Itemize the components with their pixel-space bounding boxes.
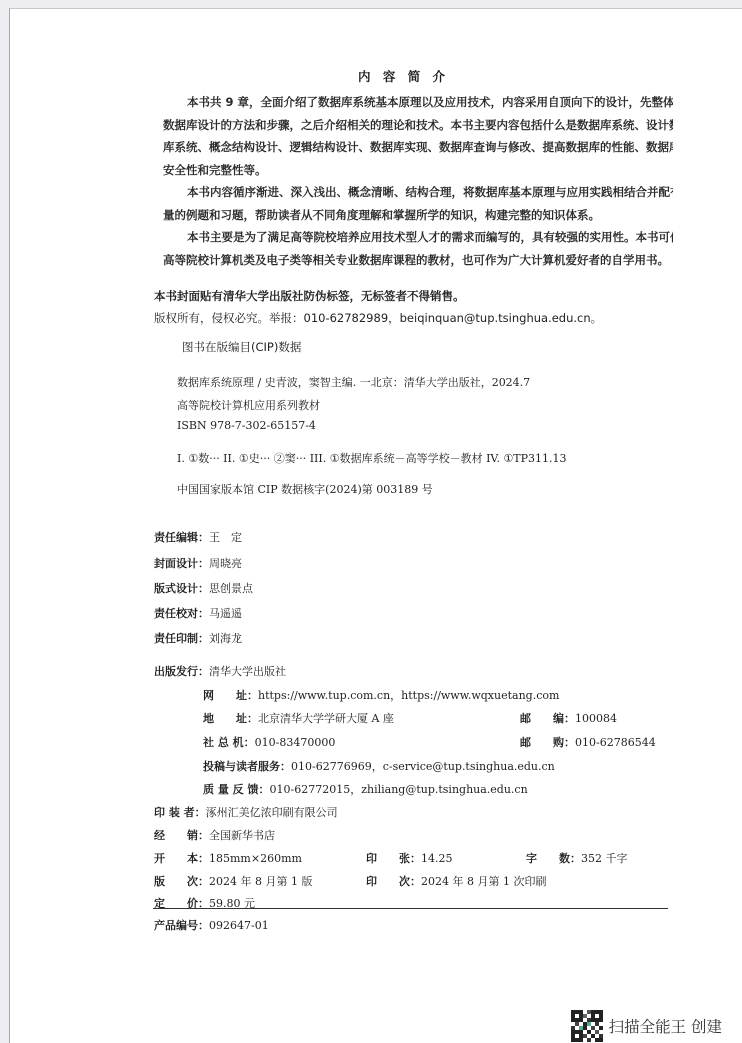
copyright-line: 版权所有，侵权必究。举报：010-62782989，beiqinquan@tup… xyxy=(154,310,602,326)
distributor-row: 经 销：全国新华书店 xyxy=(154,827,275,843)
edition-label: 版 次： xyxy=(154,875,209,888)
format-label: 开 本： xyxy=(154,852,209,865)
summary-paragraph-1: 本书共 9 章，全面介绍了数据库系统基本原理以及应用技术，内容采用自顶向下的设计… xyxy=(163,91,673,181)
mail-order-value: 010-62786544 xyxy=(575,736,656,749)
text-line: 量的例题和习题，帮助读者从不同角度理解和掌握所学的知识，构建完整的知识体系。 xyxy=(163,204,673,227)
printer-value: 涿州汇美亿浓印刷有限公司 xyxy=(206,806,338,819)
staff-row: 版式设计：思创景点 xyxy=(154,580,253,596)
anti-counterfeit-notice: 本书封面贴有清华大学出版社防伪标签，无标签者不得销售。 xyxy=(154,288,465,304)
staff-label: 版式设计： xyxy=(154,582,209,595)
postcode-row: 邮 编：100084 xyxy=(520,710,617,726)
staff-value: 王 定 xyxy=(209,531,242,544)
cip-line: ISBN 978-7-302-65157-4 xyxy=(177,419,316,432)
text-line: 安全性和完整性等。 xyxy=(163,159,673,182)
text-line: 数据库设计的方法和步骤，之后介绍相关的理论和技术。本书主要内容包括什么是数据库系… xyxy=(163,114,673,137)
sheets-row: 印 张：14.25 xyxy=(366,850,453,866)
printer-label: 印 装 者： xyxy=(154,806,206,819)
cip-line: 中国国家版本馆 CIP 数据核字(2024)第 003189 号 xyxy=(177,481,433,497)
address-value: 北京清华大学学研大厦 A 座 xyxy=(258,712,394,725)
page-title: 内 容 简 介 xyxy=(358,67,449,85)
cip-line: I. ①数··· II. ①史··· ②窦··· III. ①数据库系统－高等学… xyxy=(177,450,567,466)
impression-value: 2024 年 8 月第 1 次印刷 xyxy=(421,875,546,888)
distributor-label: 经 销： xyxy=(154,829,209,842)
staff-value: 周晓亮 xyxy=(209,557,242,570)
reader-service-value: 010-62776969，c-service@tup.tsinghua.edu.… xyxy=(291,760,555,773)
cip-heading: 图书在版编目(CIP)数据 xyxy=(182,339,301,355)
staff-row: 责任编辑：王 定 xyxy=(154,529,242,545)
staff-value: 刘海龙 xyxy=(209,632,242,645)
staff-row: 责任校对：马遥遥 xyxy=(154,605,242,621)
postcode-value: 100084 xyxy=(575,712,617,725)
words-value: 352 千字 xyxy=(581,852,628,865)
staff-value: 马遥遥 xyxy=(209,607,242,620)
words-row: 字 数：352 千字 xyxy=(526,850,628,866)
quality-value: 010-62772015，zhiliang@tup.tsinghua.edu.c… xyxy=(270,783,528,796)
publisher-row: 出版发行：清华大学出版社 xyxy=(154,663,286,679)
staff-label: 责任校对： xyxy=(154,607,209,620)
summary-paragraph-2: 本书内容循序渐进、深入浅出、概念清晰、结构合理，将数据库基本原理与应用实践相结合… xyxy=(163,181,673,226)
website-value: https://www.tup.com.cn，https://www.wqxue… xyxy=(258,689,559,702)
staff-row: 责任印制：刘海龙 xyxy=(154,630,242,646)
text-line: 本书共 9 章，全面介绍了数据库系统基本原理以及应用技术，内容采用自顶向下的设计… xyxy=(163,91,673,114)
product-code-row: 产品编号：092647-01 xyxy=(154,917,269,933)
staff-label: 责任编辑： xyxy=(154,531,209,544)
address-label: 地 址： xyxy=(203,712,258,725)
qr-code-icon xyxy=(571,1010,603,1042)
watermark-text: 扫描全能王 创建 xyxy=(609,1015,722,1037)
impression-row: 印 次：2024 年 8 月第 1 次印刷 xyxy=(366,873,546,889)
quality-label: 质 量 反 馈： xyxy=(203,783,270,796)
publisher-name: 清华大学出版社 xyxy=(209,665,286,678)
postcode-label: 邮 编： xyxy=(520,712,575,725)
switchboard-label: 社 总 机： xyxy=(203,736,255,749)
mail-order-row: 邮 购：010-62786544 xyxy=(520,734,656,750)
text-line: 高等院校计算机类及电子类等相关专业数据库课程的教材，也可作为广大计算机爱好者的自… xyxy=(163,249,673,272)
switchboard-value: 010-83470000 xyxy=(255,736,336,749)
product-code-label: 产品编号： xyxy=(154,919,209,932)
reader-service-label: 投稿与读者服务： xyxy=(203,760,291,773)
cip-line: 高等院校计算机应用系列教材 xyxy=(177,397,320,413)
summary-paragraph-3: 本书主要是为了满足高等院校培养应用技术型人才的需求而编写的，具有较强的实用性。本… xyxy=(163,226,673,271)
text-line: 库系统、概念结构设计、逻辑结构设计、数据库实现、数据库查询与修改、提高数据库的性… xyxy=(163,136,673,159)
mail-order-label: 邮 购： xyxy=(520,736,575,749)
impression-label: 印 次： xyxy=(366,875,421,888)
format-value: 185mm×260mm xyxy=(209,852,302,865)
product-code-value: 092647-01 xyxy=(209,919,269,932)
address-row: 地 址：北京清华大学学研大厦 A 座 xyxy=(203,710,394,726)
text-line: 本书主要是为了满足高等院校培养应用技术型人才的需求而编写的，具有较强的实用性。本… xyxy=(163,226,673,249)
staff-label: 封面设计： xyxy=(154,557,209,570)
edition-row: 版 次：2024 年 8 月第 1 版 xyxy=(154,873,312,889)
text-line: 本书内容循序渐进、深入浅出、概念清晰、结构合理，将数据库基本原理与应用实践相结合… xyxy=(163,181,673,204)
format-row: 开 本：185mm×260mm xyxy=(154,850,302,866)
publisher-label: 出版发行： xyxy=(154,665,209,678)
sheets-value: 14.25 xyxy=(421,852,453,865)
staff-label: 责任印制： xyxy=(154,632,209,645)
scanner-watermark: 扫描全能王 创建 xyxy=(571,1010,722,1042)
edition-value: 2024 年 8 月第 1 版 xyxy=(209,875,312,888)
switchboard-row: 社 总 机：010-83470000 xyxy=(203,734,335,750)
document-page: 内 容 简 介 本书共 9 章，全面介绍了数据库系统基本原理以及应用技术，内容采… xyxy=(9,8,742,1043)
website-row: 网 址：https://www.tup.com.cn，https://www.w… xyxy=(203,687,559,703)
cip-line: 数据库系统原理 / 史青波，窦智主编. 一北京：清华大学出版社，2024.7 xyxy=(177,374,530,390)
printer-row: 印 装 者：涿州汇美亿浓印刷有限公司 xyxy=(154,804,338,820)
distributor-value: 全国新华书店 xyxy=(209,829,275,842)
staff-value: 思创景点 xyxy=(209,582,253,595)
quality-feedback-row: 质 量 反 馈：010-62772015，zhiliang@tup.tsingh… xyxy=(203,781,528,797)
divider-rule xyxy=(153,908,668,909)
staff-row: 封面设计：周晓亮 xyxy=(154,555,242,571)
sheets-label: 印 张： xyxy=(366,852,421,865)
reader-service-row: 投稿与读者服务：010-62776969，c-service@tup.tsing… xyxy=(203,758,555,774)
website-label: 网 址： xyxy=(203,689,258,702)
words-label: 字 数： xyxy=(526,852,581,865)
